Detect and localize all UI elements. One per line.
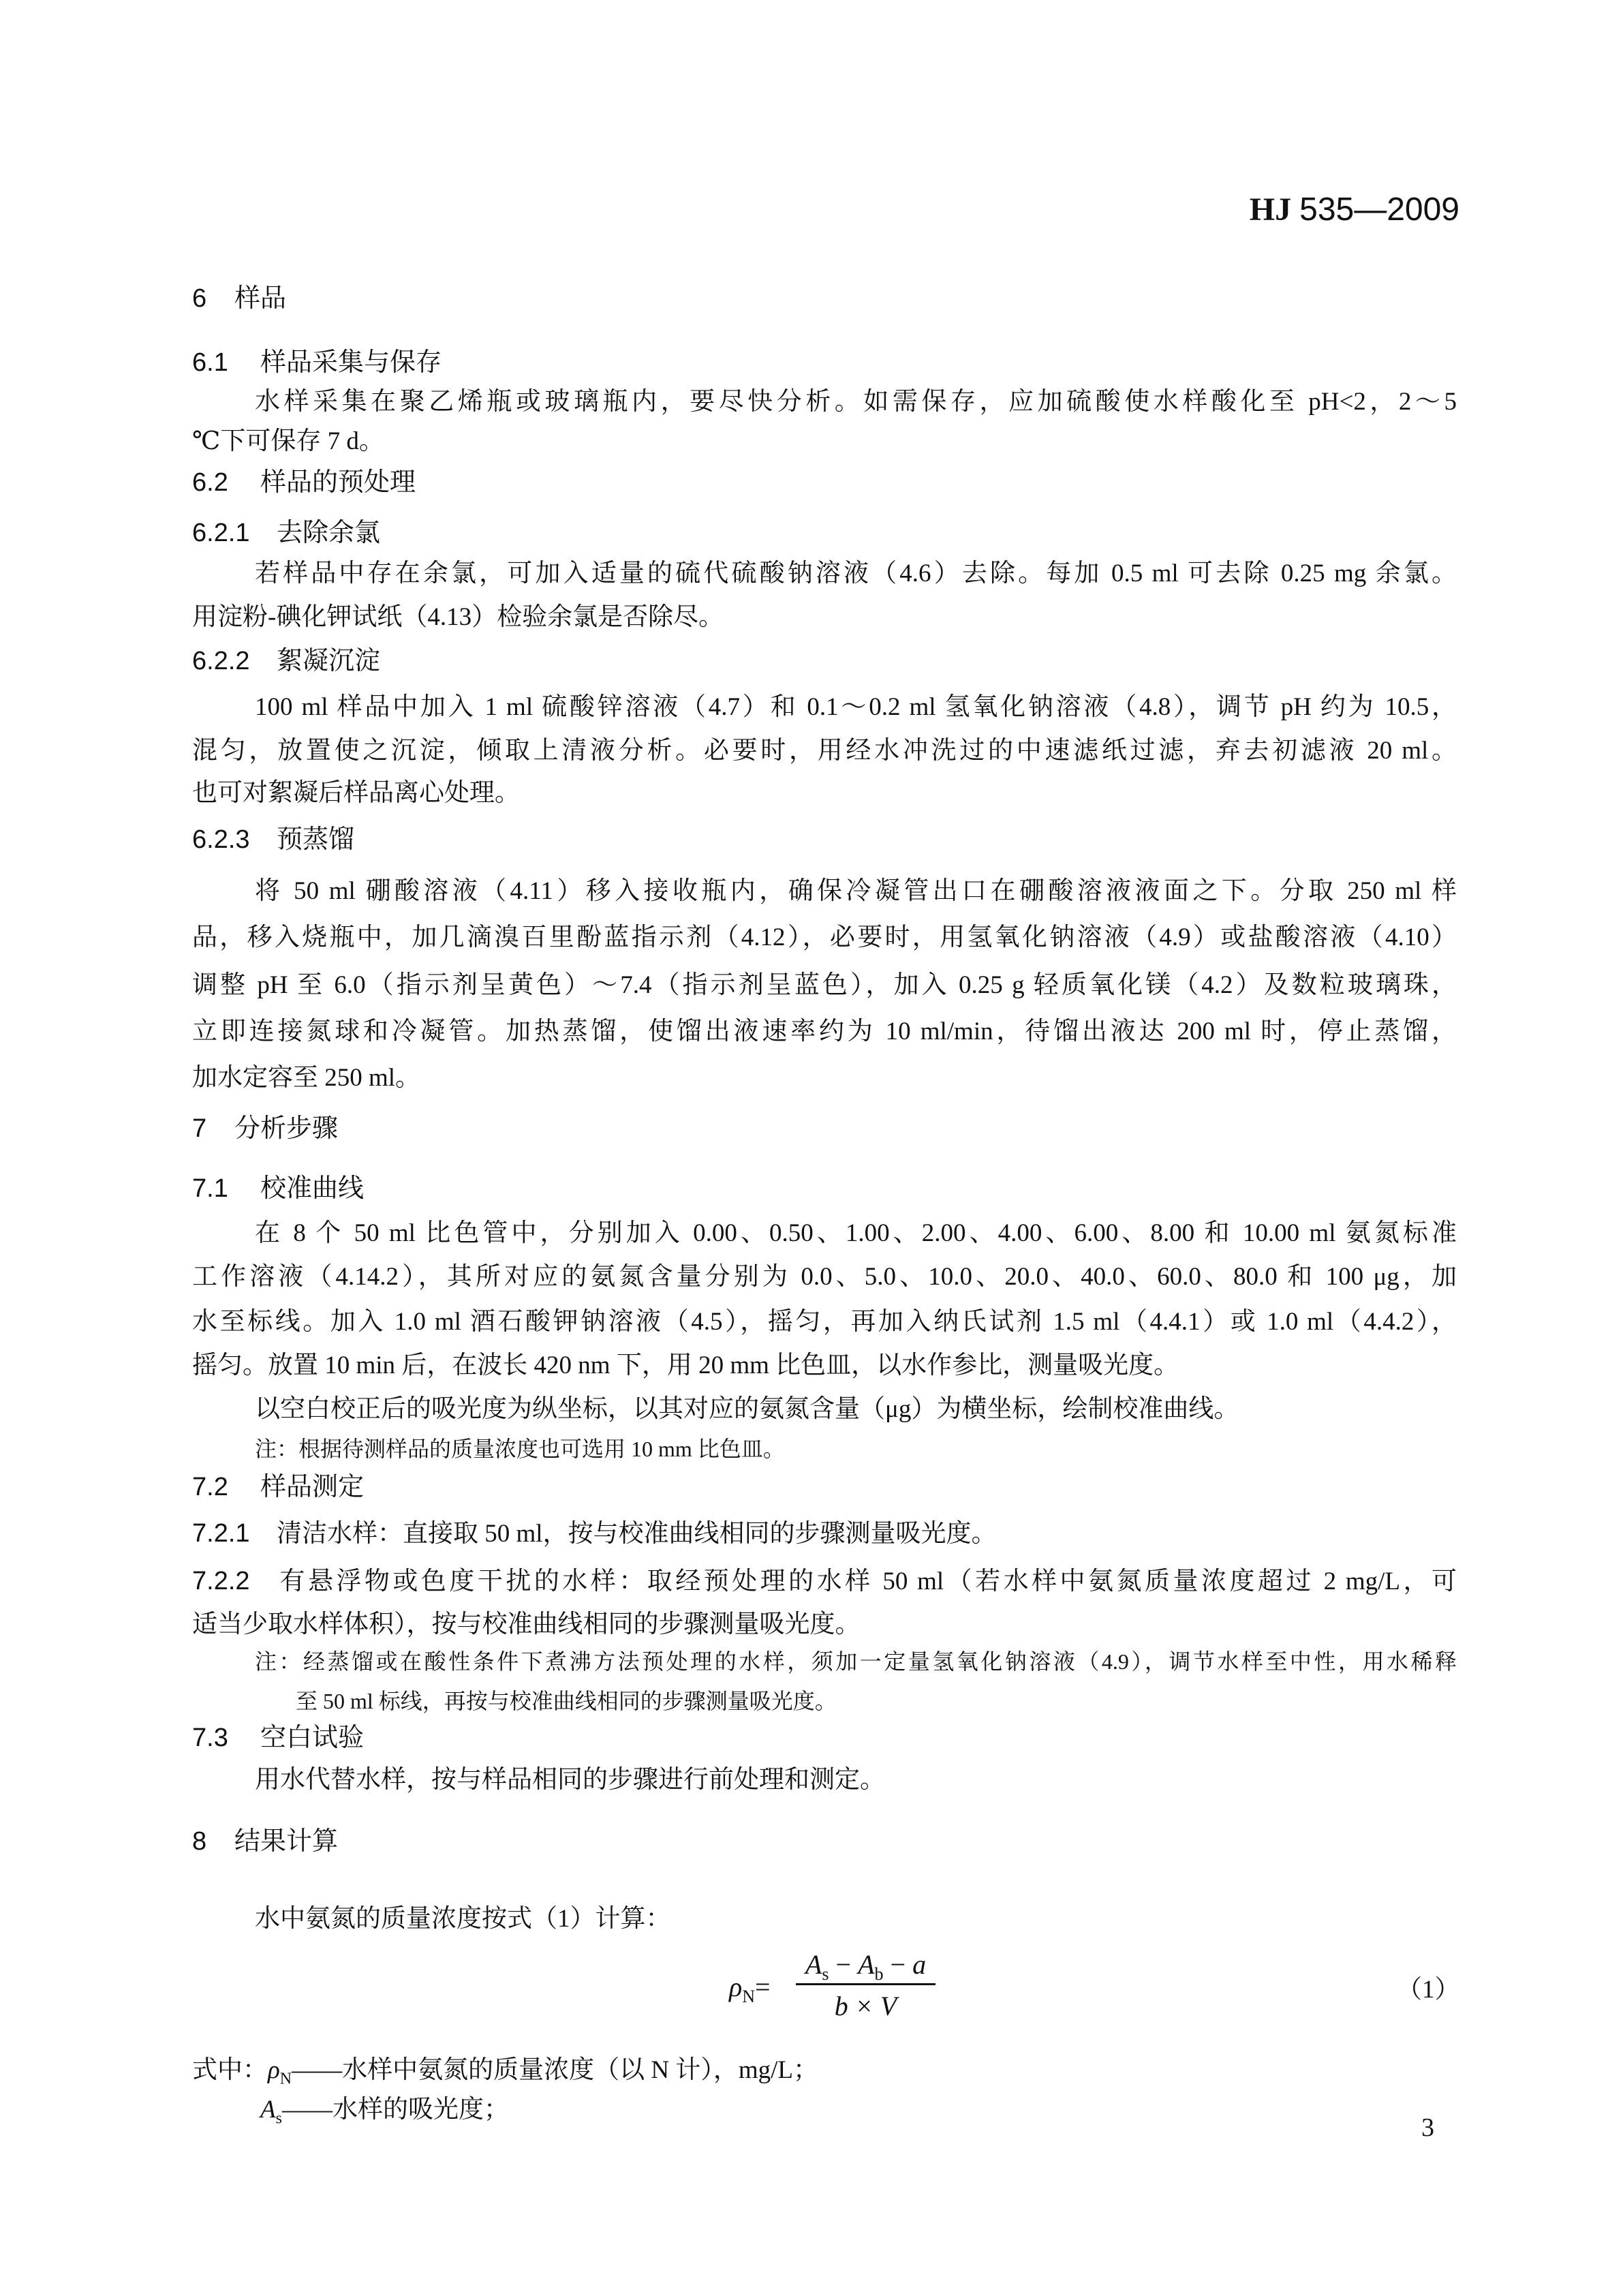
formula-numerator: As − Ab − a [796,1948,936,1982]
heading-section-6-2-3: 6.2.3预蒸馏 [192,822,354,857]
paragraph-line: 以空白校正后的吸光度为纵坐标，以其对应的氨氮含量（μg）为横坐标，绘制校准曲线。 [255,1392,1239,1427]
where-clause-2: As——水样的吸光度； [260,2092,509,2136]
paragraph-line: 在 8 个 50 ml 比色管中，分别加入 0.00、0.50、1.00、2.0… [255,1216,1457,1251]
heading-section-6-2-2: 6.2.2絮凝沉淀 [192,643,380,679]
standard-prefix: HJ [1250,192,1291,228]
formula-lhs: ρN= [729,1971,771,2007]
paragraph-line: 加水定容至 250 ml。 [192,1060,420,1096]
paragraph-line: 用淀粉-碘化钾试纸（4.13）检验余氯是否除尽。 [192,600,724,635]
paragraph-line: 用水代替水样，按与样品相同的步骤进行前处理和测定。 [255,1762,885,1798]
paragraph-line: 混匀，放置使之沉淀，倾取上清液分析。必要时，用经水冲洗过的中速滤纸过滤，弃去初滤… [192,733,1457,769]
item-7-2-2: 7.2.2有悬浮物或色度干扰的水样：取经预处理的水样 50 ml（若水样中氨氮质… [192,1563,1457,1599]
paragraph-line: 也可对絮凝后样品离心处理。 [192,776,520,811]
note-text: 至 50 ml 标线，再按与校准曲线相同的步骤测量吸光度。 [296,1683,837,1719]
heading-section-6: 6样品 [192,281,286,316]
item-7-2-1: 7.2.1清洁水样：直接取 50 ml，按与校准曲线相同的步骤测量吸光度。 [192,1516,997,1552]
page-number: 3 [1421,2113,1434,2143]
fraction-bar [796,1983,936,1985]
standard-code: HJ 535—2009 [1250,191,1459,228]
paragraph-line: 摇匀。放置 10 min 后，在波长 420 nm 下，用 20 mm 比色皿，… [192,1348,1179,1383]
standard-number: 535—2009 [1299,192,1459,228]
paragraph-line: 适当少取水样体积），按与校准曲线相同的步骤测量吸光度。 [192,1607,861,1642]
symbol-rho-n: ρN [268,2056,292,2084]
paragraph-line: 品，移入烧瓶中，加几滴溴百里酚蓝指示剂（4.12），必要时，用氢氧化钠溶液（4.… [192,920,1457,955]
note-text: 注：经蒸馏或在酸性条件下煮沸方法预处理的水样，须加一定量氢氧化钠溶液（4.9），… [255,1644,1457,1679]
heading-section-6-2: 6.2样品的预处理 [192,465,416,500]
paragraph-line: 将 50 ml 硼酸溶液（4.11）移入接收瓶内，确保冷凝管出口在硼酸溶液液面之… [255,874,1457,909]
paragraph-line: 若样品中存在余氯，可加入适量的硫代硫酸钠溶液（4.6）去除。每加 0.5 ml … [255,556,1457,592]
formula-denominator: b × V [796,1989,936,2023]
paragraph-line: 调整 pH 至 6.0（指示剂呈黄色）～7.4（指示剂呈蓝色），加入 0.25 … [192,968,1457,1003]
heading-section-6-1: 6.1样品采集与保存 [192,345,442,380]
where-clause-1: 式中：ρN——水样中氨氮的质量浓度（以 N 计），mg/L； [192,2053,818,2096]
paragraph-line: 水中氨氮的质量浓度按式（1）计算： [255,1901,671,1937]
paragraph-line: ℃下可保存 7 d。 [192,424,384,459]
note-text: 注：根据待测样品的质量浓度也可选用 10 mm 比色皿。 [255,1431,785,1467]
paragraph-line: 立即连接氮球和冷凝管。加热蒸馏，使馏出液速率约为 10 ml/min，待馏出液达… [192,1014,1457,1050]
formula-fraction: As − Ab − a b × V [796,1948,936,2023]
heading-section-6-2-1: 6.2.1去除余氯 [192,515,380,551]
heading-section-8: 8结果计算 [192,1824,338,1859]
paragraph-line: 水样采集在聚乙烯瓶或玻璃瓶内，要尽快分析。如需保存，应加硫酸使水样酸化至 pH<… [255,384,1457,420]
paragraph-line: 工作溶液（4.14.2），其所对应的氨氮含量分别为 0.0、5.0、10.0、2… [192,1259,1457,1295]
heading-section-7-1: 7.1校准曲线 [192,1171,364,1206]
heading-section-7: 7分析步骤 [192,1111,338,1146]
paragraph-line: 水至标线。加入 1.0 ml 酒石酸钾钠溶液（4.5），摇匀，再加入纳氏试剂 1… [192,1304,1457,1340]
symbol-a-s: As [260,2096,282,2124]
heading-section-7-3: 7.3空白试验 [192,1720,364,1756]
equation-number: （1） [1397,1968,1460,2005]
paragraph-line: 100 ml 样品中加入 1 ml 硫酸锌溶液（4.7）和 0.1～0.2 ml… [255,690,1457,725]
heading-section-7-2: 7.2样品测定 [192,1469,364,1505]
